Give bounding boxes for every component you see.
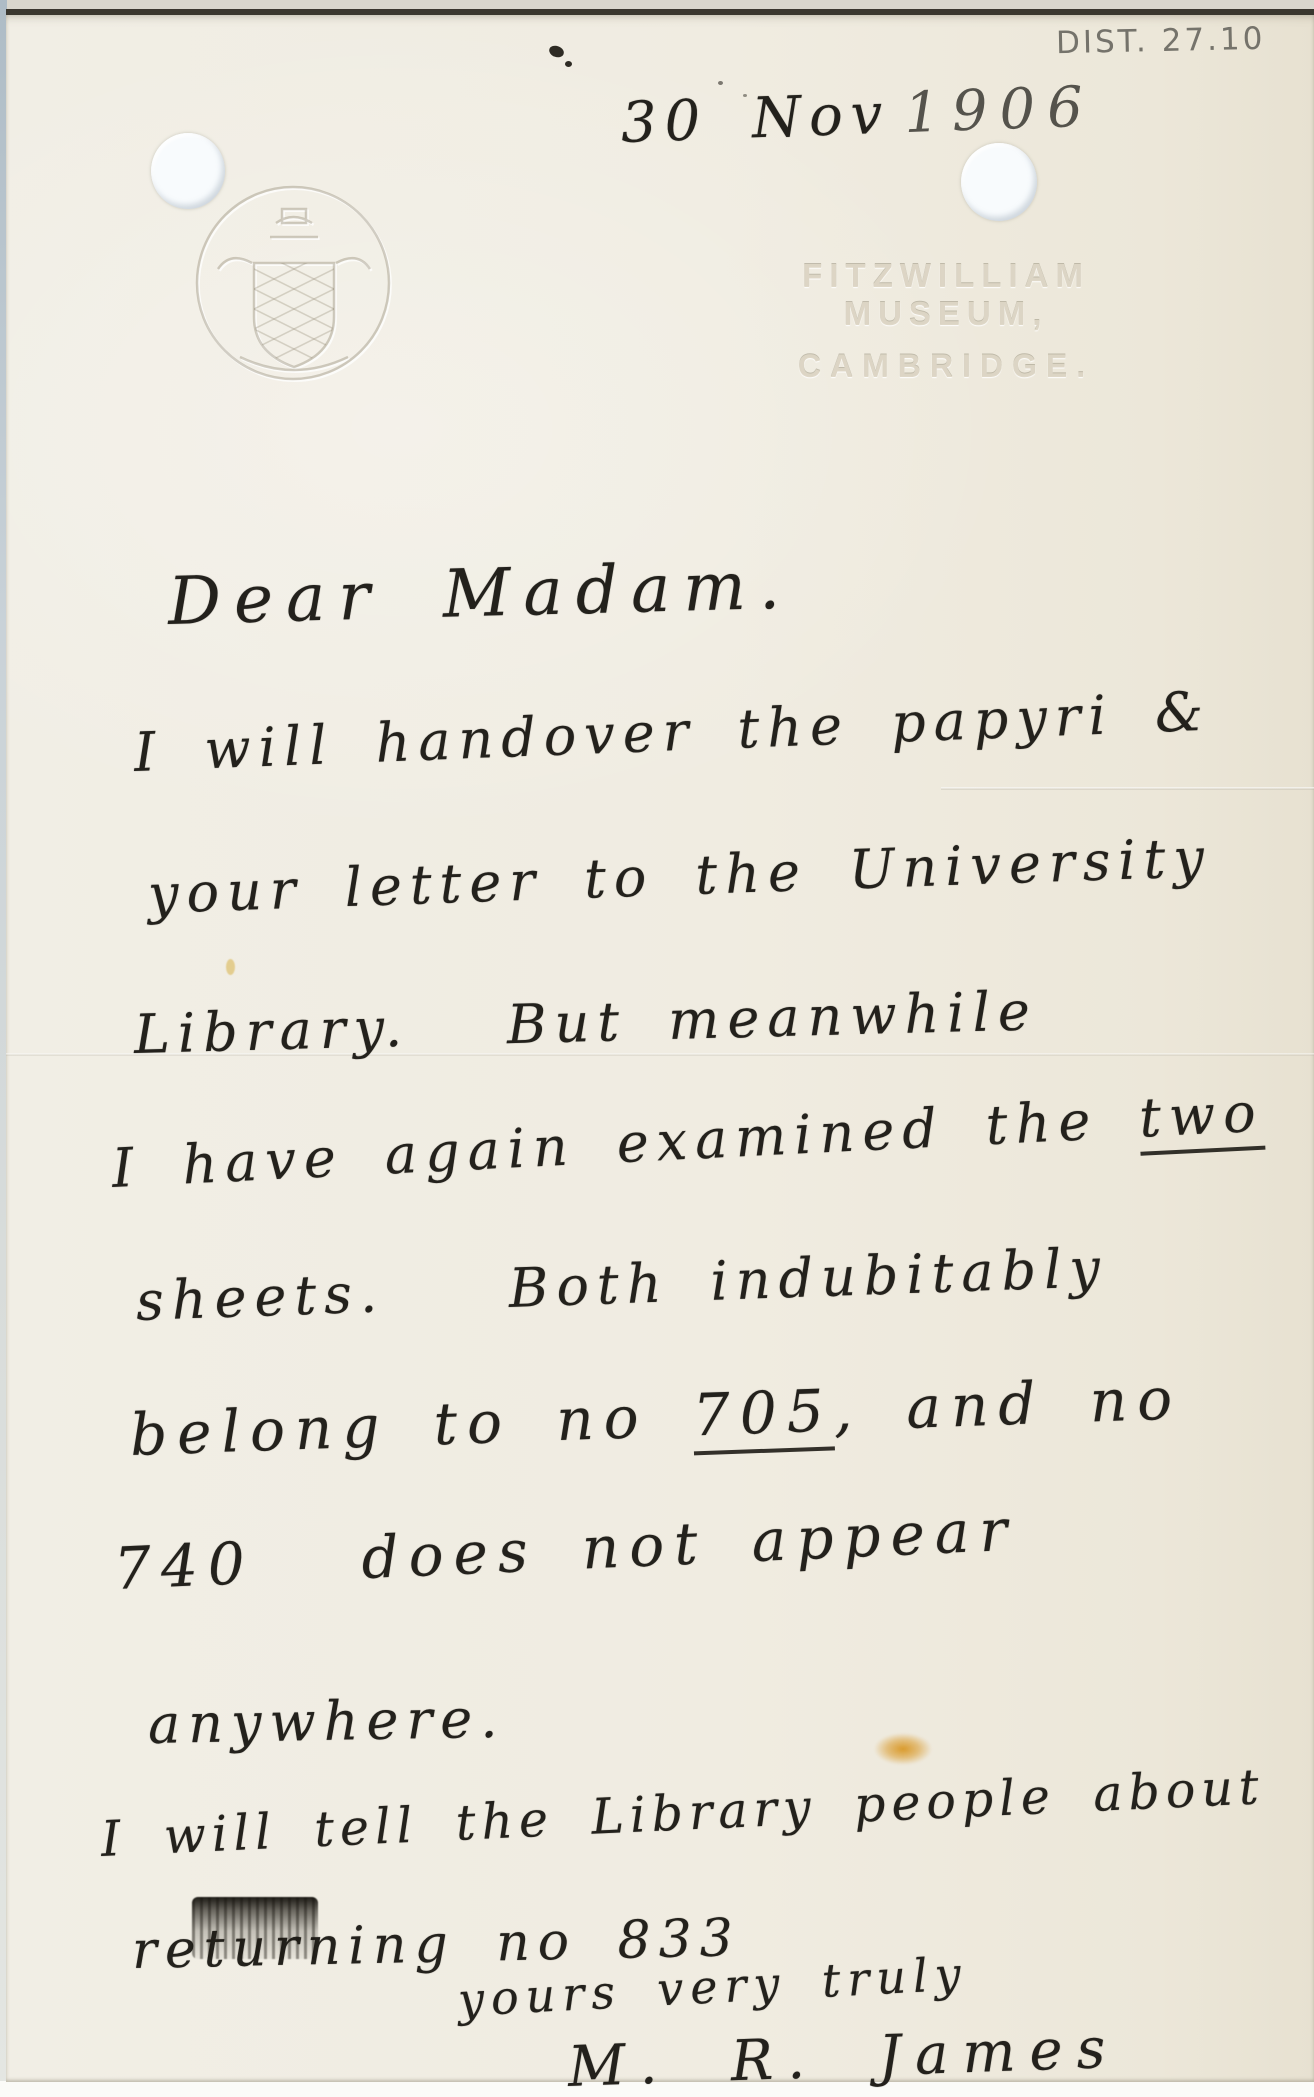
- letterhead-museum: FITZWILLIAM MUSEUM,: [696, 257, 1196, 333]
- date-year: 1906: [903, 74, 1096, 146]
- letter-line: sheets. Both indubitably: [135, 1236, 1109, 1333]
- letter-scan: DIST. 27.10 30 Nov1906: [0, 0, 1314, 2097]
- letterhead: FITZWILLIAM MUSEUM, CAMBRIDGE.: [696, 257, 1196, 385]
- archive-reference: DIST. 27.10: [1056, 21, 1266, 61]
- line-text: anywhere.: [147, 1687, 505, 1756]
- letter-paper: DIST. 27.10 30 Nov1906: [6, 9, 1314, 2082]
- line-text: I have again examined the: [110, 1087, 1140, 1200]
- letter-line: I will handover the papyri &: [133, 680, 1212, 784]
- date-day-month: 30 Nov: [620, 82, 892, 156]
- letter-line: anywhere.: [147, 1687, 505, 1756]
- scanner-edge-top: [0, 0, 1314, 9]
- line-text: I will tell the Library people about: [100, 1758, 1266, 1868]
- line-text: 740 does not appear: [113, 1496, 1019, 1603]
- letter-date: 30 Nov1906: [620, 74, 1096, 156]
- letter-line: I will tell the Library people about: [100, 1758, 1266, 1868]
- hole-punch-right: [961, 143, 1037, 221]
- letter-line: your letter to the University: [147, 826, 1213, 926]
- embossed-seal: [192, 179, 396, 391]
- dust-speck: [548, 44, 566, 59]
- dust-speck: [718, 81, 723, 85]
- letter-line: I have again examined the two: [110, 1081, 1265, 1200]
- dust-speck: [565, 61, 572, 67]
- dust-speck: [743, 94, 747, 97]
- stain: [874, 1733, 932, 1765]
- hole-punch-left: [151, 133, 225, 209]
- ink-smudge: [192, 1897, 318, 1959]
- line-text: belong to no: [129, 1381, 694, 1469]
- line-text: sheets. Both indubitably: [135, 1236, 1109, 1333]
- line-text: your letter to the University: [147, 826, 1213, 926]
- underlined-text: 705: [692, 1376, 835, 1455]
- letterhead-city: CAMBRIDGE.: [696, 348, 1196, 385]
- line-text: I will handover the papyri &: [133, 680, 1212, 784]
- letter-line: belong to no 705, and no: [129, 1364, 1183, 1469]
- paper-fleck: [226, 959, 235, 975]
- paper-crease: [941, 787, 1314, 790]
- underlined-text: two: [1138, 1081, 1266, 1156]
- salutation: Dear Madam.: [167, 547, 794, 640]
- line-text: , and no: [832, 1364, 1183, 1444]
- letter-line: 740 does not appear: [113, 1496, 1019, 1603]
- coat-of-arms-icon: [192, 179, 396, 391]
